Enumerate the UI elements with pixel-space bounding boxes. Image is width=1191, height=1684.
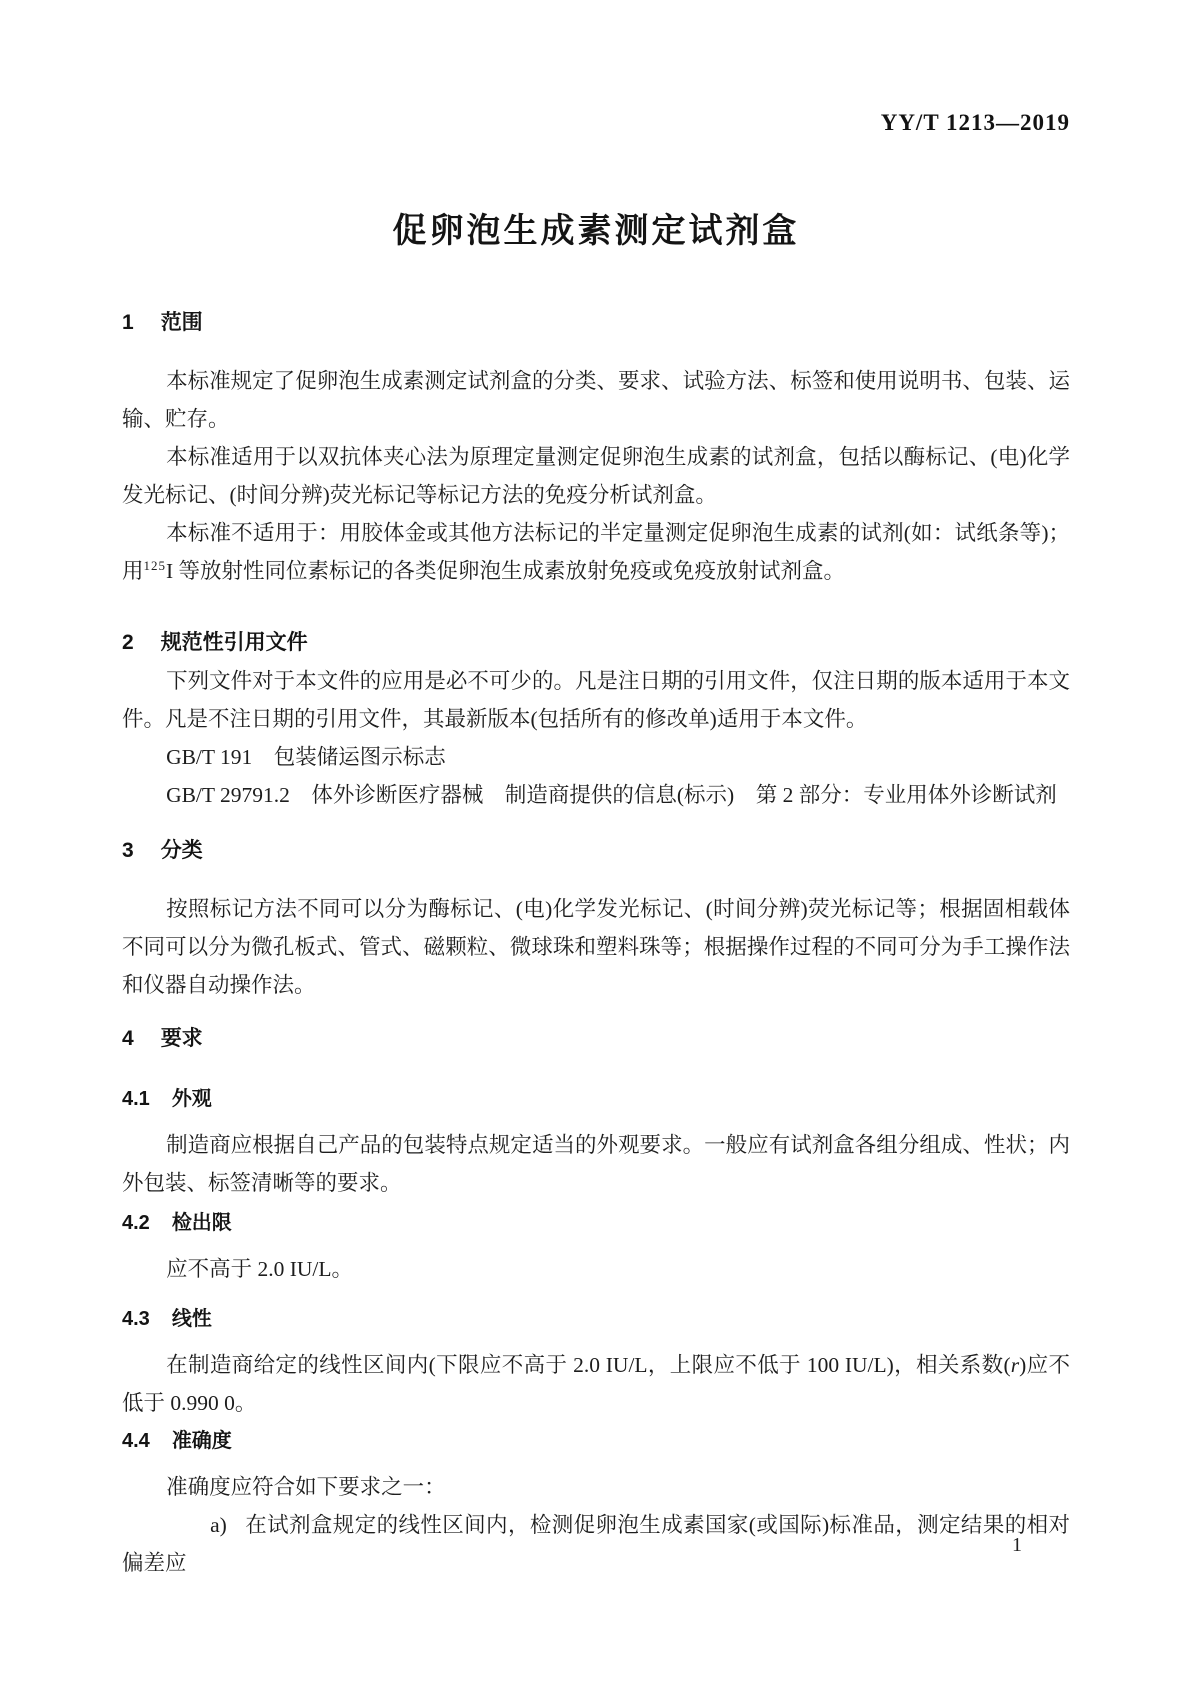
document-page: YY/T 1213—2019 促卵泡生成素测定试剂盒 1范围 本标准规定了促卵泡… [0, 0, 1191, 1684]
section-4-2-title: 检出限 [172, 1212, 232, 1234]
section-4-2-number: 4.2 [122, 1210, 150, 1236]
accuracy-intro-paragraph: 准确度应符合如下要求之一： [122, 1468, 1070, 1506]
section-4-1-title: 外观 [172, 1088, 212, 1110]
section-4-1-body: 制造商应根据自己产品的包装特点规定适当的外观要求。一般应有试剂盒各组分组成、性状… [122, 1126, 1070, 1202]
classification-paragraph: 按照标记方法不同可以分为酶标记、(电)化学发光标记、(时间分辨)荧光标记等；根据… [122, 890, 1070, 1004]
scope-paragraph-1: 本标准规定了促卵泡生成素测定试剂盒的分类、要求、试验方法、标签和使用说明书、包装… [122, 362, 1070, 438]
section-2-body: 下列文件对于本文件的应用是必不可少的。凡是注日期的引用文件，仅注日期的版本适用于… [122, 662, 1070, 814]
section-3-title: 分类 [161, 839, 203, 862]
scope-paragraph-3-text-end: I 等放射性同位素标记的各类促卵泡生成素放射免疫或免疫放射试剂盒。 [166, 559, 845, 583]
section-4-2-body: 应不高于 2.0 IU/L。 [122, 1250, 1070, 1288]
section-2-number: 2 [122, 630, 134, 656]
section-4-3-number: 4.3 [122, 1306, 150, 1332]
section-4-2-heading: 4.2检出限 [122, 1210, 1070, 1236]
section-4-3-title: 线性 [172, 1308, 212, 1330]
scope-paragraph-3: 本标准不适用于：用胶体金或其他方法标记的半定量测定促卵泡生成素的试剂(如：试纸条… [122, 514, 1070, 590]
section-1-body: 本标准规定了促卵泡生成素测定试剂盒的分类、要求、试验方法、标签和使用说明书、包装… [122, 362, 1070, 590]
scope-paragraph-2: 本标准适用于以双抗体夹心法为原理定量测定促卵泡生成素的试剂盒，包括以酶标记、(电… [122, 438, 1070, 514]
reference-gbt-191: GB/T 191 包装储运图示标志 [122, 738, 1070, 776]
standard-number: YY/T 1213—2019 [122, 110, 1070, 136]
section-4-4-body: 准确度应符合如下要求之一： a)在试剂盒规定的线性区间内，检测促卵泡生成素国家(… [122, 1468, 1070, 1582]
section-4-4-heading: 4.4准确度 [122, 1428, 1070, 1454]
linearity-text-start: 在制造商给定的线性区间内(下限应不高于 2.0 IU/L，上限应不低于 100 … [166, 1353, 1011, 1377]
section-4-1-number: 4.1 [122, 1086, 150, 1112]
linearity-paragraph: 在制造商给定的线性区间内(下限应不高于 2.0 IU/L，上限应不低于 100 … [122, 1346, 1070, 1422]
reference-gbt-29791-2: GB/T 29791.2 体外诊断医疗器械 制造商提供的信息(标示) 第 2 部… [122, 776, 1070, 814]
page-number: 1 [1012, 1534, 1022, 1557]
section-4-1-heading: 4.1外观 [122, 1086, 1070, 1112]
accuracy-list-item-a: a)在试剂盒规定的线性区间内，检测促卵泡生成素国家(或国际)标准品，测定结果的相… [122, 1506, 1070, 1582]
isotope-125-superscript: 125 [144, 558, 167, 573]
document-title: 促卵泡生成素测定试剂盒 [122, 203, 1070, 252]
correlation-coefficient-symbol: r [1011, 1353, 1019, 1377]
section-4-title: 要求 [161, 1027, 203, 1050]
section-2-heading: 2规范性引用文件 [122, 630, 1070, 656]
section-1-heading: 1范围 [122, 310, 1070, 336]
section-4-heading: 4要求 [122, 1026, 1070, 1052]
section-1-number: 1 [122, 310, 134, 336]
section-4-3-heading: 4.3线性 [122, 1306, 1070, 1332]
list-item-a-text: 在试剂盒规定的线性区间内，检测促卵泡生成素国家(或国际)标准品，测定结果的相对偏… [122, 1513, 1070, 1575]
section-2-title: 规范性引用文件 [161, 631, 308, 654]
section-3-number: 3 [122, 838, 134, 864]
section-3-heading: 3分类 [122, 838, 1070, 864]
section-3-body: 按照标记方法不同可以分为酶标记、(电)化学发光标记、(时间分辨)荧光标记等；根据… [122, 890, 1070, 1004]
appearance-paragraph: 制造商应根据自己产品的包装特点规定适当的外观要求。一般应有试剂盒各组分组成、性状… [122, 1126, 1070, 1202]
section-4-3-body: 在制造商给定的线性区间内(下限应不高于 2.0 IU/L，上限应不低于 100 … [122, 1346, 1070, 1422]
references-intro-paragraph: 下列文件对于本文件的应用是必不可少的。凡是注日期的引用文件，仅注日期的版本适用于… [122, 662, 1070, 738]
section-1-title: 范围 [161, 311, 203, 334]
section-4-4-number: 4.4 [122, 1428, 150, 1454]
section-4-4-title: 准确度 [172, 1430, 232, 1452]
list-item-a-label: a) [166, 1506, 227, 1544]
section-4-number: 4 [122, 1026, 134, 1052]
detection-limit-paragraph: 应不高于 2.0 IU/L。 [122, 1250, 1070, 1288]
